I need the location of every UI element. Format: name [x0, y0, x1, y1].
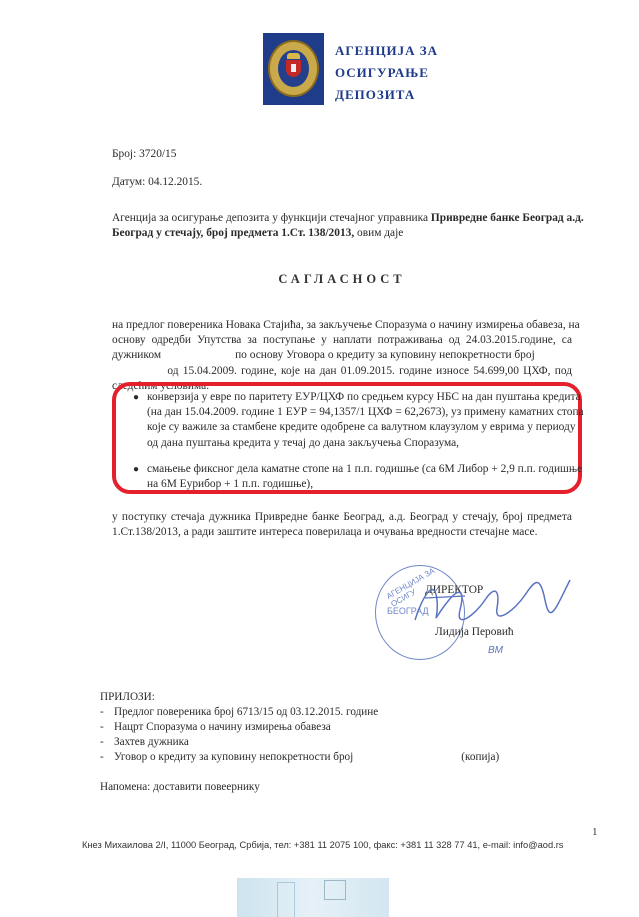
dash-icon: -: [100, 720, 114, 735]
emblem-icon: [324, 880, 346, 900]
bullet-icon: ●: [133, 392, 139, 403]
attachment-item: -Нацрт Споразума о начину измирења обаве…: [100, 720, 499, 735]
footer-address: Кнез Михаилова 2/I, 11000 Београд, Србиј…: [82, 840, 563, 850]
dash-icon: -: [100, 750, 114, 765]
body-line: на предлог повереника Новака Стајића, за…: [112, 318, 572, 333]
dash-icon: -: [100, 735, 114, 750]
attachment-item: -Уговор о кредиту за куповину непокретно…: [100, 750, 499, 765]
coat-of-arms-icon: [286, 60, 301, 77]
intro-text: Агенција за осигурање депозита у функциј…: [112, 212, 431, 224]
attachment-suffix: (копија): [461, 751, 499, 763]
attachment-label: Уговор о кредиту за куповину непокретнос…: [114, 751, 353, 763]
attachments-heading: ПРИЛОЗИ:: [100, 690, 499, 705]
body-line: дужником по основу Уговора о кредиту за …: [112, 348, 572, 363]
body-line: од 15.04.2009. године, које на дан 01.09…: [112, 364, 572, 379]
seal-icon: [268, 40, 319, 97]
condition-item-2: смањење фиксног дела каматне стопе на 1 …: [147, 462, 571, 492]
intro-text-end: овим даје: [354, 227, 403, 239]
condition-line: конверзија у евре по паритету ЕУР/ЦХФ по…: [147, 390, 571, 405]
document-title: САГЛАСНОСТ: [112, 272, 572, 287]
signatory-name: Лидија Перовић: [435, 625, 514, 640]
note: Напомена: доставити повеернику: [100, 780, 499, 795]
attachments-section: ПРИЛОЗИ: -Предлог повереника број 6713/1…: [100, 690, 499, 795]
condition-item-1: конверзија у евре по паритету ЕУР/ЦХФ по…: [147, 390, 571, 451]
intro-paragraph: Агенција за осигурање депозита у функциј…: [112, 211, 572, 241]
attachment-item: -Захтев дужника: [100, 735, 499, 750]
condition-line: које су важиле за стамбене кредите одобр…: [147, 420, 571, 435]
initials: ВМ: [488, 645, 503, 656]
attachment-label: Предлог повереника број 6713/15 од 03.12…: [114, 706, 378, 718]
attachment-label: Захтев дужника: [114, 736, 189, 748]
agency-name-line-3: ДЕПОЗИТА: [335, 84, 438, 106]
condition-line: смањење фиксног дела каматне стопе на 1 …: [147, 462, 571, 477]
coat-of-arms-icon: [277, 882, 295, 917]
agency-logo: [263, 33, 324, 105]
condition-line: од дана пуштања кредита у течај до дана …: [147, 436, 571, 451]
agency-name: АГЕНЦИЈА ЗА ОСИГУРАЊЕ ДЕПОЗИТА: [335, 40, 438, 106]
document-date: Датум: 04.12.2015.: [112, 175, 202, 190]
crown-icon: [287, 53, 300, 59]
condition-line: (на дан 15.04.2009. године 1 ЕУР = 94,13…: [147, 405, 571, 420]
faded-logo-image: [237, 878, 389, 917]
agency-name-line-1: АГЕНЦИЈА ЗА: [335, 40, 438, 62]
page-number: 1: [592, 826, 598, 838]
closing-line: 1.Ст.138/2013, а ради заштите интереса п…: [112, 525, 572, 540]
bullet-icon: ●: [133, 464, 139, 475]
agency-name-line-2: ОСИГУРАЊЕ: [335, 62, 438, 84]
handwritten-signature-icon: [405, 570, 585, 630]
attachment-item: -Предлог повереника број 6713/15 од 03.1…: [100, 705, 499, 720]
document-number: Број: 3720/15: [112, 147, 176, 162]
condition-line: на 6М Еурибор + 1 п.п. годишње),: [147, 477, 571, 492]
body-line: основу одредби Упутства за поступање у н…: [112, 333, 572, 348]
closing-paragraph: у поступку стечаја дужника Привредне бан…: [112, 510, 572, 540]
intro-case-number: Београд у стечају, број предмета 1.Ст. 1…: [112, 227, 354, 239]
intro-bank-name: Привредне банке Београд а.д.: [431, 212, 584, 224]
dash-icon: -: [100, 705, 114, 720]
attachment-label: Нацрт Споразума о начину измирења обавез…: [114, 721, 331, 733]
closing-line: у поступку стечаја дужника Привредне бан…: [112, 510, 572, 525]
